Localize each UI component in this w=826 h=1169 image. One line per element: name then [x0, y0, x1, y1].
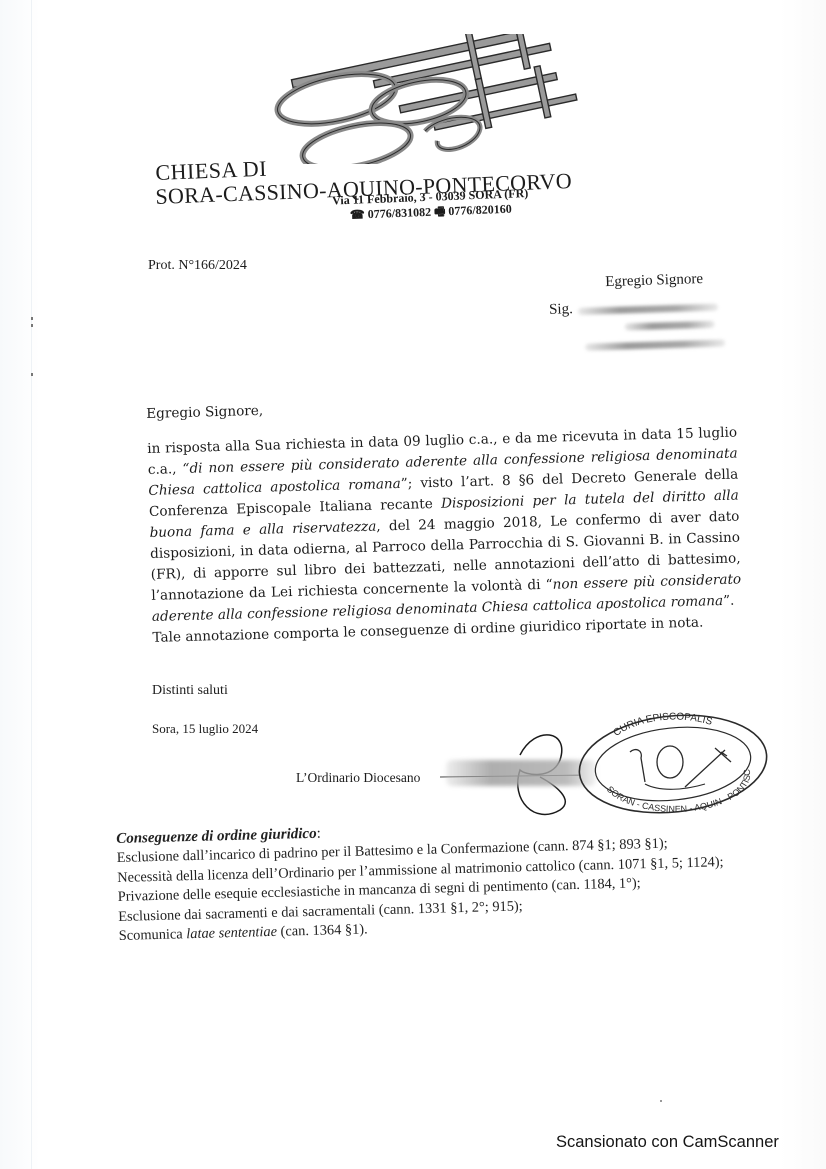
- protocol-number: Prot. N°166/2024: [148, 258, 247, 274]
- punch-mark: [31, 317, 33, 320]
- camscanner-watermark: Scansionato con CamScanner: [556, 1133, 779, 1152]
- curia-episcopalis-stamp-icon: CURIA EPISCOPALIS SORAN - CASSINEN - AQU…: [575, 712, 770, 816]
- phone-icon: ☎: [350, 207, 365, 222]
- notes-list: Esclusione dall’incarico di padrino per …: [117, 832, 779, 946]
- fax-icon: 🖷: [434, 204, 446, 218]
- phone-number: 0776/831082: [368, 205, 432, 221]
- text-run: ”.: [723, 593, 735, 609]
- page-edge: [31, 0, 32, 1169]
- text-run: (can. 1364 §1).: [277, 921, 368, 939]
- legal-consequences-notes: Conseguenze di ordine giuridico: Esclusi…: [116, 813, 779, 947]
- redacted-recipient-name: [578, 304, 718, 315]
- punch-mark: [31, 324, 33, 327]
- closing-greeting: Distinti saluti: [152, 683, 228, 699]
- diocesan-monogram-logo-icon: [228, 34, 588, 164]
- signatory-title: L’Ordinario Diocesano: [296, 770, 420, 786]
- letter-body: Egregio Signore, in risposta alla Sua ri…: [146, 388, 743, 649]
- redacted-signatory-name: [446, 760, 596, 786]
- text-run: Scomunica: [119, 926, 187, 944]
- fax-number: 0776/820160: [448, 202, 512, 218]
- recipient-block: Egregio Signore Sig.: [545, 270, 745, 276]
- redacted-recipient-city: [585, 339, 725, 350]
- recipient-salutation: Egregio Signore: [605, 271, 703, 291]
- scan-speck: [660, 1100, 662, 1102]
- recipient-name-prefix: Sig.: [549, 301, 573, 319]
- svg-text:SORAN - CASSINEN - AQUIN - PON: SORAN - CASSINEN - AQUIN - PONTISC: [605, 768, 753, 814]
- italic-quote: latae sententiae: [186, 924, 277, 942]
- redacted-recipient-address: [625, 321, 715, 331]
- punch-mark: [31, 373, 33, 376]
- letter-salutation: Egregio Signore,: [146, 388, 736, 425]
- scanned-letter-page: CHIESA DI SORA-CASSINO-AQUINO-PONTECORVO…: [0, 0, 826, 1169]
- place-and-date: Sora, 15 luglio 2024: [152, 721, 258, 737]
- letter-paragraph: in risposta alla Sua richiesta in data 0…: [147, 423, 742, 628]
